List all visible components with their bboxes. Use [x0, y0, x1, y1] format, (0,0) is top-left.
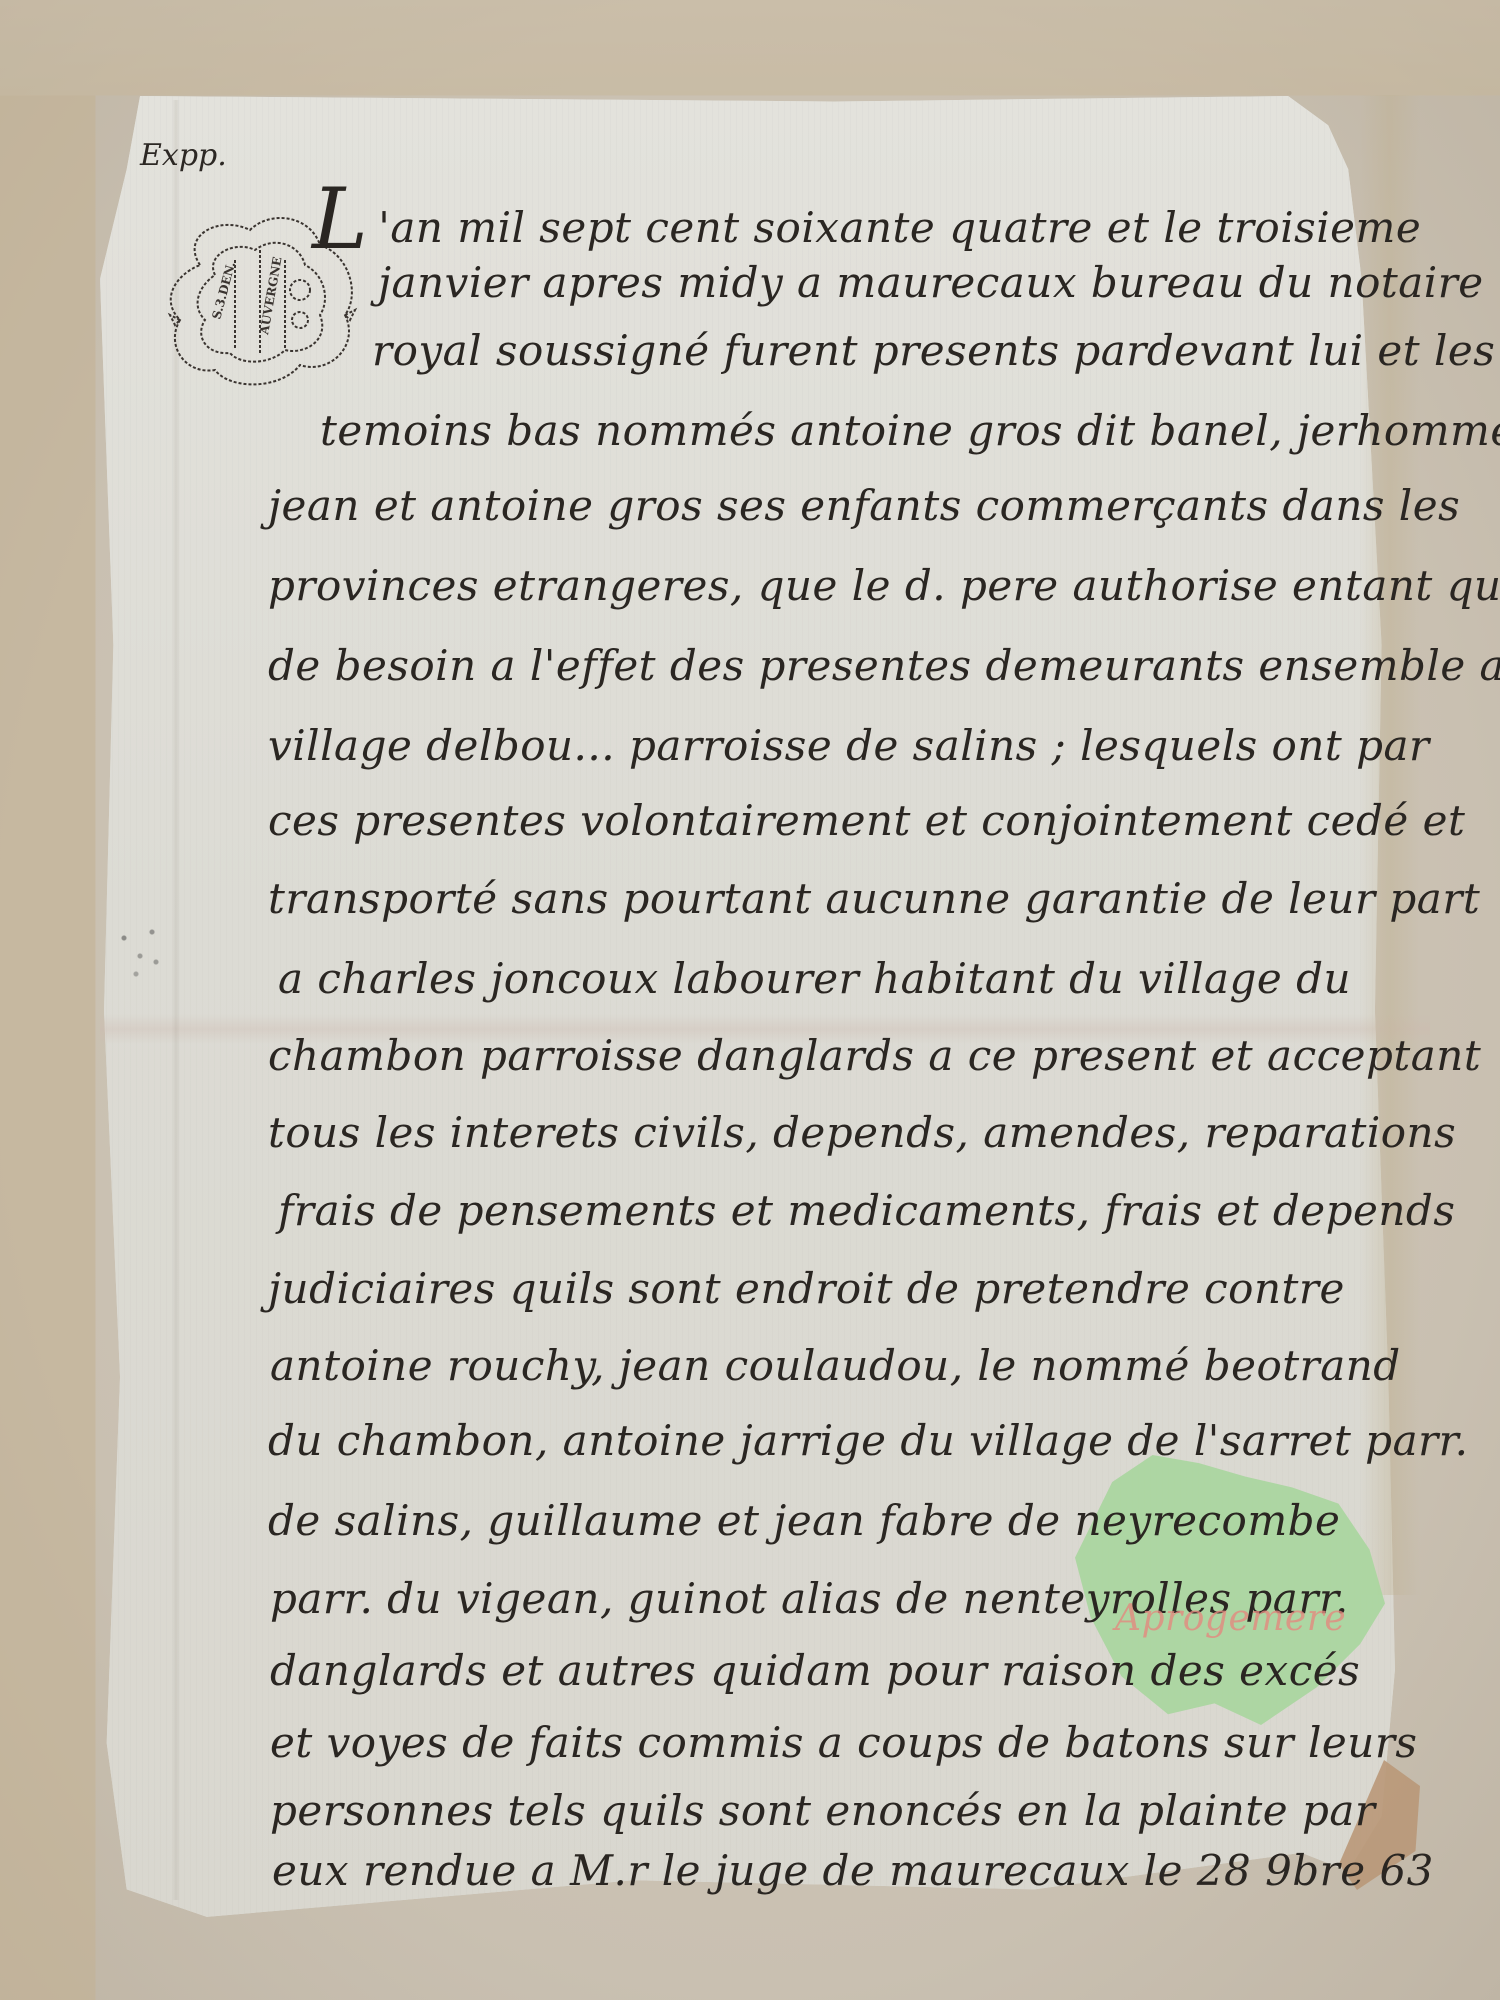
manuscript-line-3: royal soussigné furent presents pardevan… [372, 330, 1495, 372]
manuscript-line-8: village delbou... parroisse de salins ; … [268, 725, 1430, 767]
drop-cap: L [312, 170, 368, 268]
manuscript-line-1: L'an mil sept cent soixante quatre et le… [312, 186, 1421, 253]
manuscript-line-22: personnes tels quils sont enoncés en la … [270, 1790, 1375, 1832]
manuscript-line-15: judiciaires quils sont endroit de preten… [268, 1268, 1345, 1310]
manuscript-line-6: provinces etrangeres, que le d. pere aut… [268, 565, 1500, 607]
manuscript-line-23: eux rendue a M.r le juge de maurecaux le… [272, 1850, 1434, 1892]
manuscript-line-2: janvier apres midy a maurecaux bureau du… [378, 262, 1484, 304]
manuscript-line-21: et voyes de faits commis a coups de bato… [270, 1722, 1417, 1764]
manuscript-line-11: a charles joncoux labourer habitant du v… [278, 958, 1351, 1000]
manuscript-text: L'an mil sept cent soixante quatre et le… [0, 0, 1500, 2000]
manuscript-line-12: chambon parroisse danglards a ce present… [268, 1035, 1481, 1077]
manuscript-line-13: tous les interets civils, depends, amend… [268, 1112, 1456, 1154]
manuscript-line-7: de besoin a l'effet des presentes demeur… [268, 645, 1500, 687]
manuscript-line-9: ces presentes volontairement et conjoint… [268, 800, 1465, 842]
manuscript-line-4: temoins bas nommés antoine gros dit bane… [320, 410, 1500, 452]
manuscript-line-14: frais de pensements et medicaments, frai… [278, 1190, 1455, 1232]
manuscript-line-16: antoine rouchy, jean coulaudou, le nommé… [270, 1345, 1401, 1387]
watermark-text: Aprogemere [1115, 1598, 1346, 1639]
manuscript-line-18: de salins, guillaume et jean fabre de ne… [268, 1500, 1340, 1542]
manuscript-line-20: danglards et autres quidam pour raison d… [270, 1650, 1360, 1692]
manuscript-line-10: transporté sans pourtant aucunne garanti… [268, 878, 1480, 920]
manuscript-line-5: jean et antoine gros ses enfants commerç… [268, 485, 1460, 527]
manuscript-line-17: du chambon, antoine jarrige du village d… [268, 1420, 1469, 1462]
